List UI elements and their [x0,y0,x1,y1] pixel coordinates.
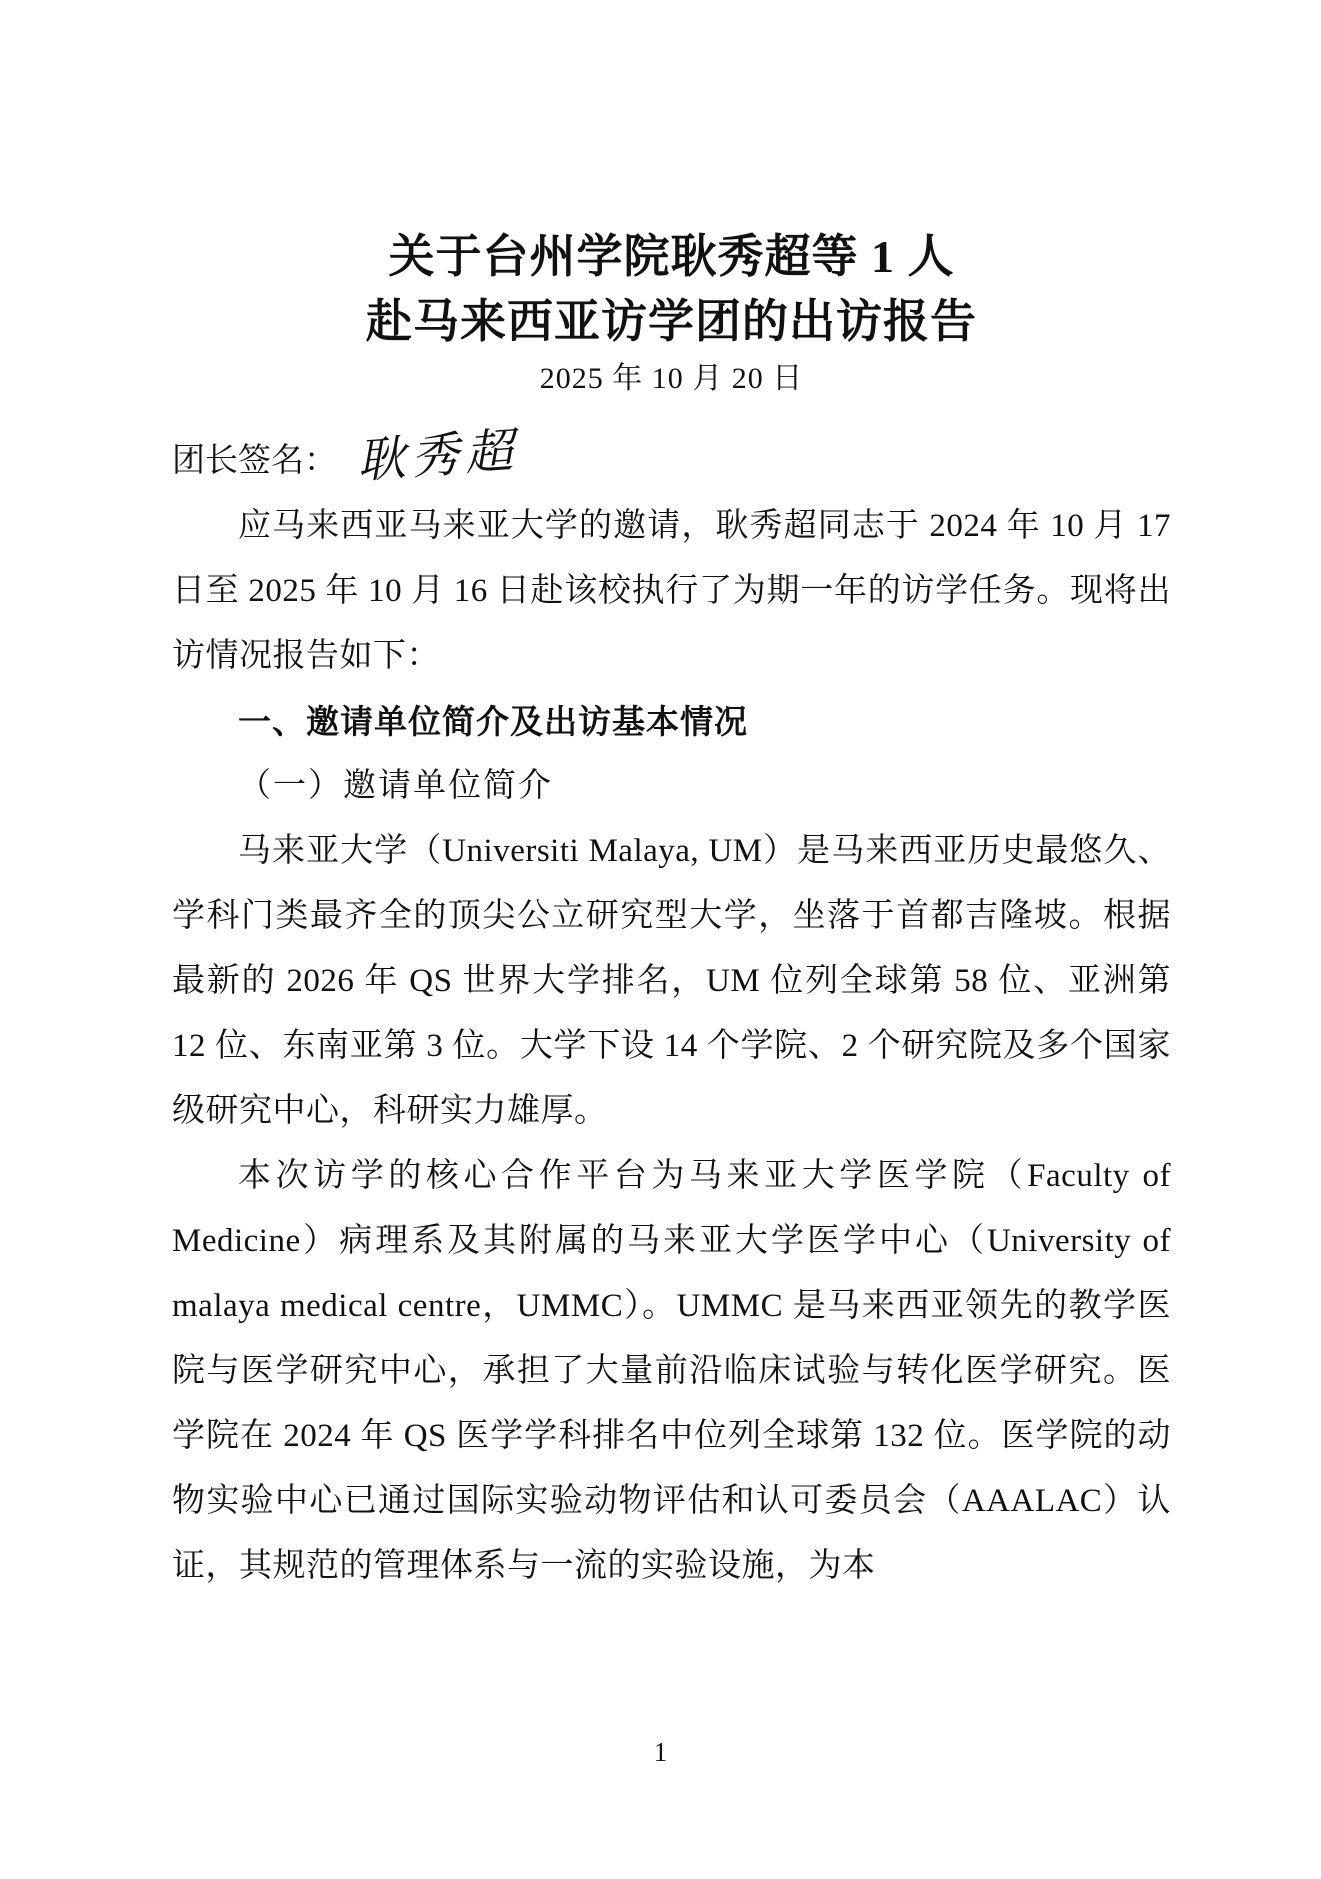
paragraph-visit-summary: 应马来西亚马来亚大学的邀请，耿秀超同志于 2024 年 10 月 17 日至 2… [172,494,1171,689]
section-heading-inviting-unit: 一、邀请单位简介及出访基本情况 [172,689,1171,754]
title-line-2: 赴马来西亚访学团的出访报告 [172,289,1171,354]
page-number: 1 [0,1732,1321,1772]
leader-handwritten-signature: 耿秀超 [354,411,520,491]
paragraph-faculty-of-medicine: 本次访学的核心合作平台为马来亚大学医学院（Faculty of Medicine… [172,1144,1171,1599]
paragraph-university-malaya-intro: 马来亚大学（Universiti Malaya, UM）是马来西亚历史最悠久、学… [172,819,1171,1144]
document-page: 关于台州学院耿秀超等 1 人 赴马来西亚访学团的出访报告 2025 年 10 月… [0,0,1321,1879]
title-line-1: 关于台州学院耿秀超等 1 人 [172,224,1171,289]
subsection-heading-unit-intro: （一）邀请单位简介 [172,754,1171,819]
document-content: 关于台州学院耿秀超等 1 人 赴马来西亚访学团的出访报告 2025 年 10 月… [172,0,1171,1599]
document-date: 2025 年 10 月 20 日 [172,354,1171,404]
signature-row: 团长签名： 耿秀超 [172,420,1171,494]
document-title: 关于台州学院耿秀超等 1 人 赴马来西亚访学团的出访报告 [172,0,1171,354]
signature-label: 团长签名： [172,434,337,481]
